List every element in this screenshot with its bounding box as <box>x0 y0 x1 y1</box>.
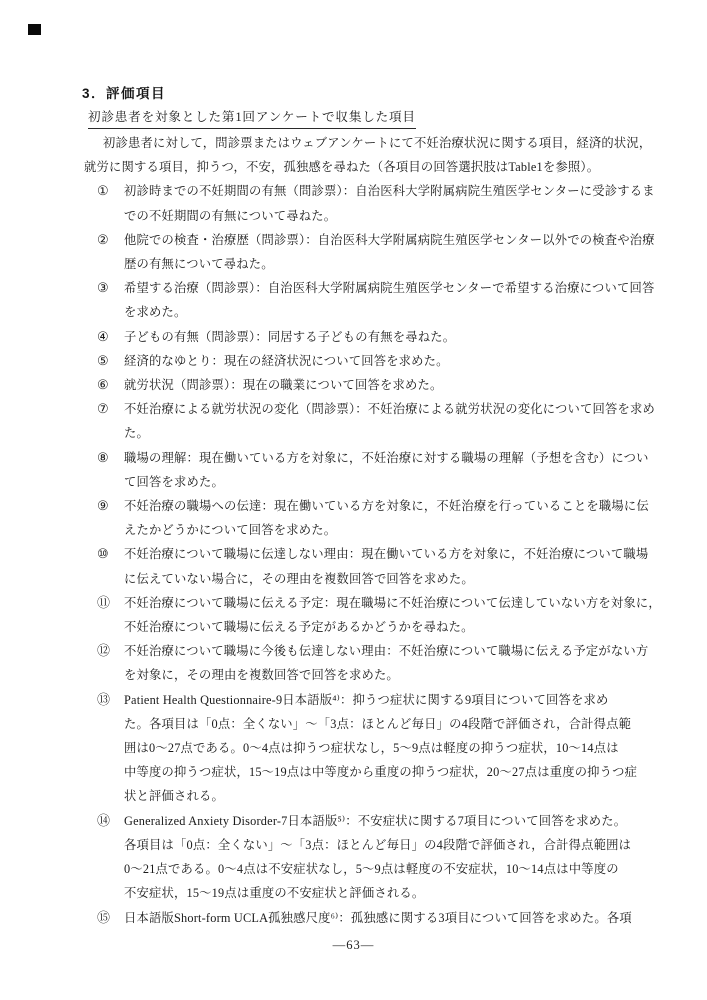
item-line-text: 不安症状，15〜19点は重度の不安症状と評価される。 <box>124 881 424 905</box>
item-line-text: 希望する治療（問診票）：自治医科大学附属病院生殖医学センターで希望する治療につい… <box>124 276 654 300</box>
item-line: 不妊治療について職場に伝える予定があるかどうかを尋ねた。 <box>84 615 669 639</box>
item-number: ⑧ <box>84 446 124 470</box>
items-list: ① 初診時までの不妊期間の有無（問診票）：自治医科大学附属病院生殖医学センターに… <box>84 179 669 929</box>
item-line-text: 歴の有無について尋ねた。 <box>124 252 274 276</box>
item-number: ① <box>84 179 124 203</box>
intro-paragraph: 初診患者に対して，問診票またはウェブアンケートにて不妊治療状況に関する項目，経済… <box>84 131 669 179</box>
page-number: —63— <box>0 938 707 953</box>
item-line: 各項目は「0点：全くない」〜「3点：ほとんど毎日」の4段階で評価され，合計得点範… <box>84 833 669 857</box>
item-line: ⑩ 不妊治療について職場に伝達しない理由：現在働いている方を対象に，不妊治療につ… <box>84 542 669 566</box>
item-line-text: 日本語版Short-form UCLA孤独感尺度⁶⁾：孤独感に関する3項目につい… <box>124 906 632 930</box>
item-line: て回答を求めた。 <box>84 470 669 494</box>
item-line: での不妊期間の有無について尋ねた。 <box>84 204 669 228</box>
scan-artifact-mark <box>28 24 41 35</box>
item-line: た。 <box>84 421 669 445</box>
item-line: た。各項目は「0点：全くない」〜「3点：ほとんど毎日」の4段階で評価され，合計得… <box>84 712 669 736</box>
item-line-text: を対象に，その理由を複数回答で回答を求めた。 <box>124 663 399 687</box>
document-page: 3．評価項目 初診患者を対象とした第1回アンケートで収集した項目 初診患者に対し… <box>0 0 707 1000</box>
item-line-text: 状と評価される。 <box>124 784 224 808</box>
item-number: ④ <box>84 325 124 349</box>
item-line: ⑮ 日本語版Short-form UCLA孤独感尺度⁶⁾：孤独感に関する3項目に… <box>84 906 669 930</box>
item-line: 不安症状，15〜19点は重度の不安症状と評価される。 <box>84 881 669 905</box>
item-number: ⑥ <box>84 373 124 397</box>
item-line: 0〜21点である。0〜4点は不安症状なし，5〜9点は軽度の不安症状，10〜14点… <box>84 857 669 881</box>
item-line: ① 初診時までの不妊期間の有無（問診票）：自治医科大学附属病院生殖医学センターに… <box>84 179 669 203</box>
item-line-text: 0〜21点である。0〜4点は不安症状なし，5〜9点は軽度の不安症状，10〜14点… <box>124 857 619 881</box>
item-number: ⑮ <box>84 906 124 930</box>
item-line: ② 他院での検査・治療歴（問診票）：自治医科大学附属病院生殖医学センター以外での… <box>84 228 669 252</box>
subsection-heading: 初診患者を対象とした第1回アンケートで収集した項目 <box>88 106 416 129</box>
item-number: ⑦ <box>84 397 124 421</box>
item-line: に伝えていない場合に，その理由を複数回答で回答を求めた。 <box>84 567 669 591</box>
item-line-text: 他院での検査・治療歴（問診票）：自治医科大学附属病院生殖医学センター以外での検査… <box>124 228 655 252</box>
item-line-text: を求めた。 <box>124 300 187 324</box>
item-number: ② <box>84 228 124 252</box>
item-number: ⑬ <box>84 688 124 712</box>
item-line-text: 就労状況（問診票）：現在の職業について回答を求めた。 <box>124 373 443 397</box>
intro-line: 初診患者に対して，問診票またはウェブアンケートにて不妊治療状況に関する項目，経済… <box>84 131 669 155</box>
item-number: ⑨ <box>84 494 124 518</box>
item-line-text: 不妊治療による就労状況の変化（問診票）：不妊治療による就労状況の変化について回答… <box>124 397 655 421</box>
item-line: 囲は0〜27点である。0〜4点は抑うつ症状なし，5〜9点は軽度の抑うつ症状，10… <box>84 736 669 760</box>
item-line-text: た。各項目は「0点：全くない」〜「3点：ほとんど毎日」の4段階で評価され，合計得… <box>124 712 631 736</box>
item-line: を対象に，その理由を複数回答で回答を求めた。 <box>84 663 669 687</box>
item-number: ⑪ <box>84 591 124 615</box>
item-line-text: 初診時までの不妊期間の有無（問診票）：自治医科大学附属病院生殖医学センターに受診… <box>124 179 655 203</box>
item-line: を求めた。 <box>84 300 669 324</box>
item-line-text: 子どもの有無（問診票）：同居する子どもの有無を尋ねた。 <box>124 325 455 349</box>
item-line-text: 不妊治療について職場に今後も伝達しない理由：不妊治療について職場に伝える予定がな… <box>124 639 648 663</box>
section-title: 3．評価項目 <box>82 82 166 102</box>
item-line: ⑥ 就労状況（問診票）：現在の職業について回答を求めた。 <box>84 373 669 397</box>
item-line: ⑦ 不妊治療による就労状況の変化（問診票）：不妊治療による就労状況の変化について… <box>84 397 669 421</box>
item-number: ⑭ <box>84 809 124 833</box>
item-line: 中等度の抑うつ症状，15〜19点は中等度から重度の抑うつ症状，20〜27点は重度… <box>84 760 669 784</box>
item-line: ④ 子どもの有無（問診票）：同居する子どもの有無を尋ねた。 <box>84 325 669 349</box>
item-line-text: 経済的なゆとり：現在の経済状況について回答を求めた。 <box>124 349 449 373</box>
item-line-text: 不妊治療について職場に伝える予定があるかどうかを尋ねた。 <box>124 615 474 639</box>
body-text: 初診患者に対して，問診票またはウェブアンケートにて不妊治療状況に関する項目，経済… <box>84 131 669 930</box>
item-line-text: 不妊治療について職場に伝達しない理由：現在働いている方を対象に，不妊治療について… <box>124 542 648 566</box>
item-line-text: 不妊治療について職場に伝える予定：現在職場に不妊治療について伝達していない方を対… <box>124 591 661 615</box>
item-line: 歴の有無について尋ねた。 <box>84 252 669 276</box>
item-line: ⑧ 職場の理解：現在働いている方を対象に，不妊治療に対する職場の理解（予想を含む… <box>84 446 669 470</box>
item-line-text: 不妊治療の職場への伝達：現在働いている方を対象に，不妊治療を行っていることを職場… <box>124 494 649 518</box>
subsection-title: 初診患者を対象とした第1回アンケートで収集した項目 <box>88 106 416 129</box>
item-line: ⑨ 不妊治療の職場への伝達：現在働いている方を対象に，不妊治療を行っていることを… <box>84 494 669 518</box>
item-line-text: 各項目は「0点：全くない」〜「3点：ほとんど毎日」の4段階で評価され，合計得点範… <box>124 833 631 857</box>
item-line: ⑬ Patient Health Questionnaire-9日本語版⁴⁾：抑… <box>84 688 669 712</box>
item-line: ③ 希望する治療（問診票）：自治医科大学附属病院生殖医学センターで希望する治療に… <box>84 276 669 300</box>
item-line: ⑤ 経済的なゆとり：現在の経済状況について回答を求めた。 <box>84 349 669 373</box>
item-line: ⑫ 不妊治療について職場に今後も伝達しない理由：不妊治療について職場に伝える予定… <box>84 639 669 663</box>
item-line-text: て回答を求めた。 <box>124 470 224 494</box>
item-line-text: に伝えていない場合に，その理由を複数回答で回答を求めた。 <box>124 567 474 591</box>
item-number: ③ <box>84 276 124 300</box>
item-line-text: 中等度の抑うつ症状，15〜19点は中等度から重度の抑うつ症状，20〜27点は重度… <box>124 760 637 784</box>
item-line: 状と評価される。 <box>84 784 669 808</box>
item-line: ⑭ Generalized Anxiety Disorder-7日本語版⁵⁾：不… <box>84 809 669 833</box>
item-line-text: Generalized Anxiety Disorder-7日本語版⁵⁾：不安症… <box>124 809 626 833</box>
item-line-text: 職場の理解：現在働いている方を対象に，不妊治療に対する職場の理解（予想を含む）に… <box>124 446 649 470</box>
item-line-text: えたかどうかについて回答を求めた。 <box>124 518 336 542</box>
item-line-text: た。 <box>124 421 149 445</box>
item-line-text: 囲は0〜27点である。0〜4点は抑うつ症状なし，5〜9点は軽度の抑うつ症状，10… <box>124 736 619 760</box>
item-line: えたかどうかについて回答を求めた。 <box>84 518 669 542</box>
intro-line: 就労に関する項目，抑うつ，不安，孤独感を尋ねた（各項目の回答選択肢はTable1… <box>84 155 669 179</box>
item-number: ⑫ <box>84 639 124 663</box>
item-number: ⑤ <box>84 349 124 373</box>
item-line: ⑪ 不妊治療について職場に伝える予定：現在職場に不妊治療について伝達していない方… <box>84 591 669 615</box>
item-number: ⑩ <box>84 542 124 566</box>
item-line-text: Patient Health Questionnaire-9日本語版⁴⁾：抑うつ… <box>124 688 609 712</box>
item-line-text: での不妊期間の有無について尋ねた。 <box>124 204 336 228</box>
